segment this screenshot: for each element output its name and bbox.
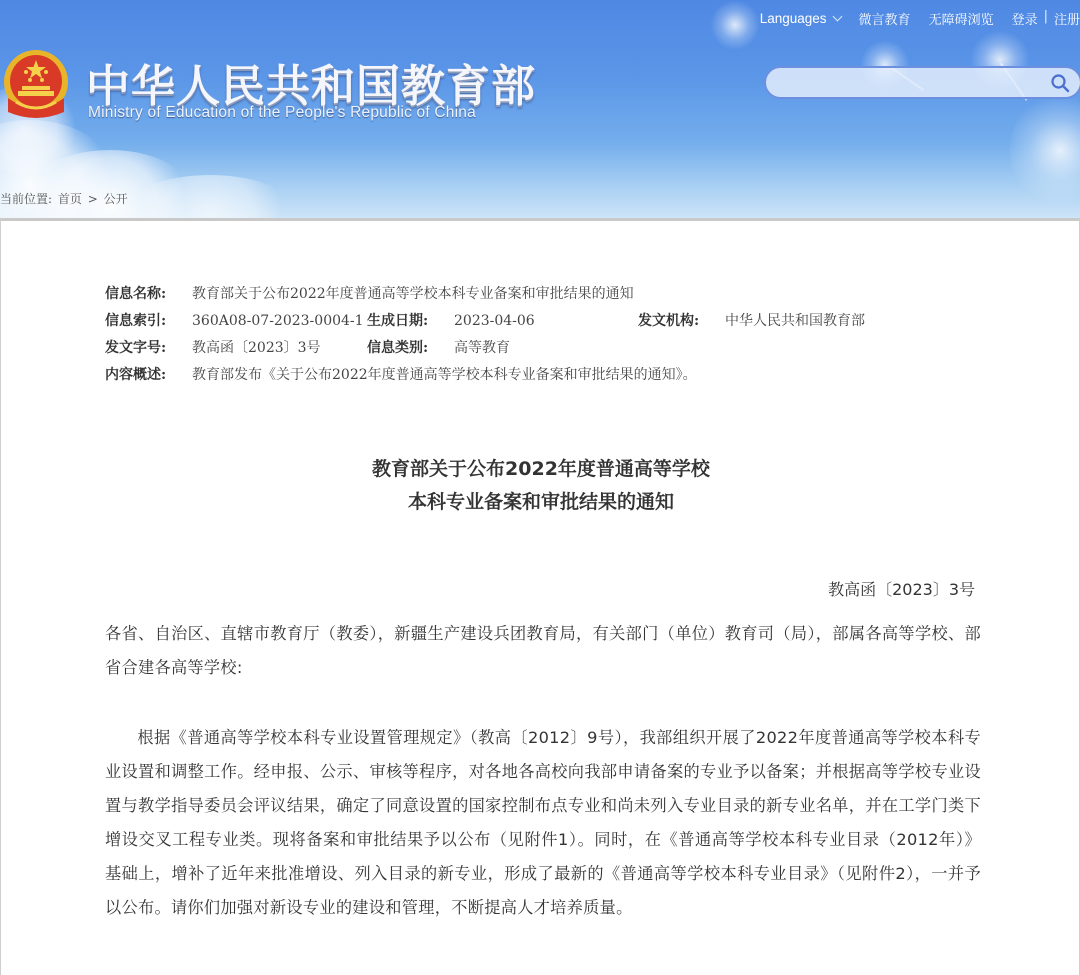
meta-date-value: 2023-04-06: [454, 308, 535, 335]
meta-summary-value: 教育部发布《关于公布2022年度普通高等学校本科专业备案和审批结果的通知》。: [192, 362, 697, 389]
salutation-paragraph: 各省、自治区、直辖市教育厅（教委），新疆生产建设兵团教育局，有关部门（单位）教育…: [105, 617, 981, 685]
document-body: 各省、自治区、直辖市教育厅（教委），新疆生产建设兵团教育局，有关部门（单位）教育…: [105, 617, 981, 925]
search-box: [764, 66, 1080, 99]
meta-docno-label: 发文字号:: [105, 335, 166, 362]
meta-docno-value: 教高函〔2023〕3号: [192, 335, 321, 362]
weiyan-education-link[interactable]: 微言教育: [859, 9, 911, 28]
national-emblem-icon: [2, 48, 70, 124]
languages-label: Languages: [760, 11, 827, 26]
search-input[interactable]: [766, 68, 1036, 97]
breadcrumb-label: 当前位置:: [0, 192, 52, 206]
meta-row-name: 信息名称: 教育部关于公布2022年度普通高等学校本科专业备案和审批结果的通知: [105, 281, 985, 308]
breadcrumb-home[interactable]: 首页: [58, 192, 82, 206]
divider: |: [1044, 9, 1048, 28]
document-metadata: 信息名称: 教育部关于公布2022年度普通高等学校本科专业备案和审批结果的通知 …: [105, 281, 985, 389]
document-title-line-2: 本科专业备案和审批结果的通知: [1, 486, 1080, 519]
search-icon[interactable]: [1050, 73, 1070, 93]
document-number: 教高函〔2023〕3号: [828, 577, 975, 600]
meta-row-docno: 发文字号: 教高函〔2023〕3号 信息类别: 高等教育: [105, 335, 985, 362]
meta-category-label: 信息类别:: [367, 335, 428, 362]
meta-row-summary: 内容概述: 教育部发布《关于公布2022年度普通高等学校本科专业备案和审批结果的…: [105, 362, 985, 389]
meta-issuer-value: 中华人民共和国教育部: [725, 308, 865, 335]
meta-date-label: 生成日期:: [367, 308, 428, 335]
chevron-down-icon: [832, 12, 842, 22]
site-logo-english[interactable]: Ministry of Education of the People's Re…: [88, 104, 476, 122]
meta-row-index: 信息索引: 360A08-07-2023-0004-1 生成日期: 2023-0…: [105, 308, 985, 335]
login-link[interactable]: 登录: [1012, 9, 1038, 28]
document-title: 教育部关于公布2022年度普通高等学校 本科专业备案和审批结果的通知: [1, 453, 1080, 519]
meta-category-value: 高等教育: [454, 335, 510, 362]
breadcrumb-public[interactable]: 公开: [104, 192, 128, 206]
meta-summary-label: 内容概述:: [105, 362, 166, 389]
breadcrumb: 当前位置: 首页 > 公开: [0, 190, 130, 207]
account-links: 登录 | 注册: [1012, 9, 1080, 28]
site-header: 中华人民共和国教育部 Ministry of Education of the …: [0, 0, 1080, 220]
top-navigation: Languages 微言教育 无障碍浏览 登录 | 注册: [742, 9, 1080, 28]
meta-name-value: 教育部关于公布2022年度普通高等学校本科专业备案和审批结果的通知: [192, 281, 634, 308]
languages-dropdown[interactable]: Languages: [760, 11, 841, 26]
accessibility-link[interactable]: 无障碍浏览: [929, 9, 994, 28]
meta-issuer-label: 发文机构:: [638, 308, 699, 335]
breadcrumb-separator: >: [88, 192, 98, 206]
body-paragraph: 根据《普通高等学校本科专业设置管理规定》（教高〔2012〕9号），我部组织开展了…: [105, 721, 981, 925]
article-container: 信息名称: 教育部关于公布2022年度普通高等学校本科专业备案和审批结果的通知 …: [0, 218, 1080, 975]
dandelion-decoration: [1010, 90, 1080, 210]
register-link[interactable]: 注册: [1054, 9, 1080, 28]
meta-index-label: 信息索引:: [105, 308, 166, 335]
meta-name-label: 信息名称:: [105, 281, 166, 308]
document-title-line-1: 教育部关于公布2022年度普通高等学校: [1, 453, 1080, 486]
meta-index-value: 360A08-07-2023-0004-1: [192, 308, 364, 335]
